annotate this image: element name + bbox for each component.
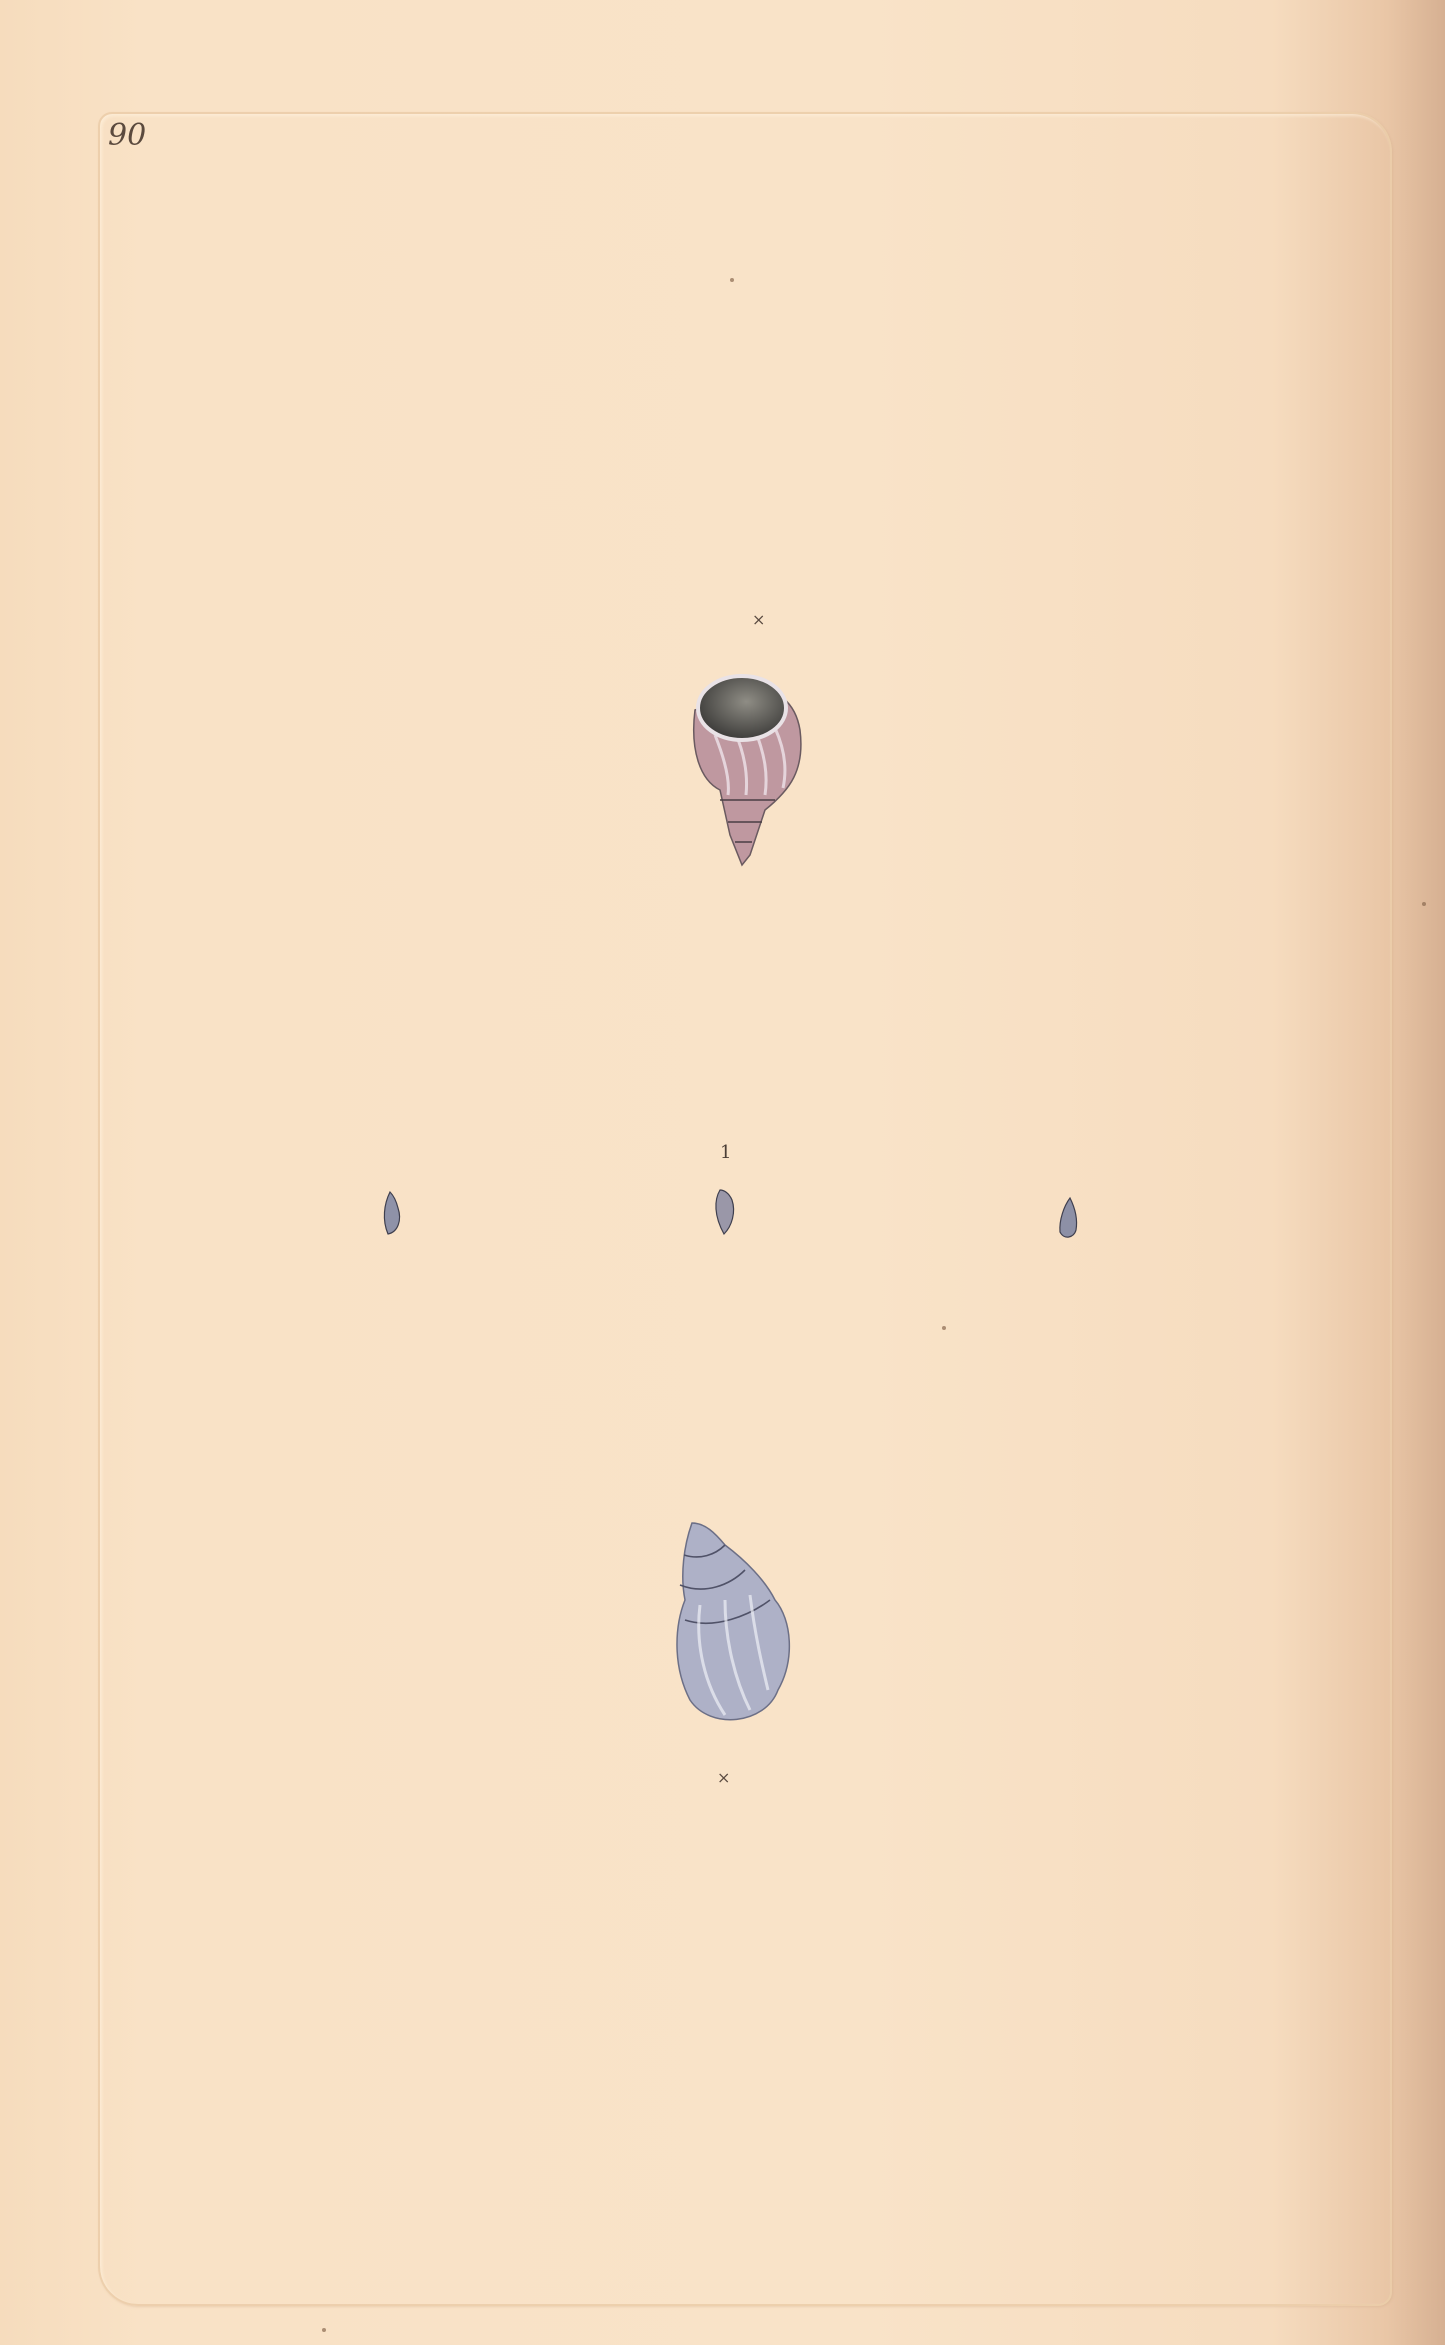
figure-label-1: 1 bbox=[720, 1142, 731, 1163]
shell-illustration-small-left bbox=[380, 1190, 404, 1236]
shell-illustration-small-right bbox=[1056, 1196, 1080, 1240]
paper-speck bbox=[322, 2328, 326, 2332]
shell-illustration-small-center bbox=[712, 1188, 738, 1236]
paper-speck bbox=[1422, 902, 1426, 906]
shell-illustration-top bbox=[680, 660, 820, 870]
paper-speck bbox=[730, 278, 734, 282]
page-number: 90 bbox=[108, 118, 146, 153]
magnification-marker-top: × bbox=[752, 610, 765, 629]
paper-speck bbox=[942, 1326, 946, 1330]
shell-illustration-bottom bbox=[670, 1515, 800, 1730]
plate-mark-border bbox=[98, 112, 1392, 2306]
magnification-marker-bottom: × bbox=[717, 1768, 730, 1787]
